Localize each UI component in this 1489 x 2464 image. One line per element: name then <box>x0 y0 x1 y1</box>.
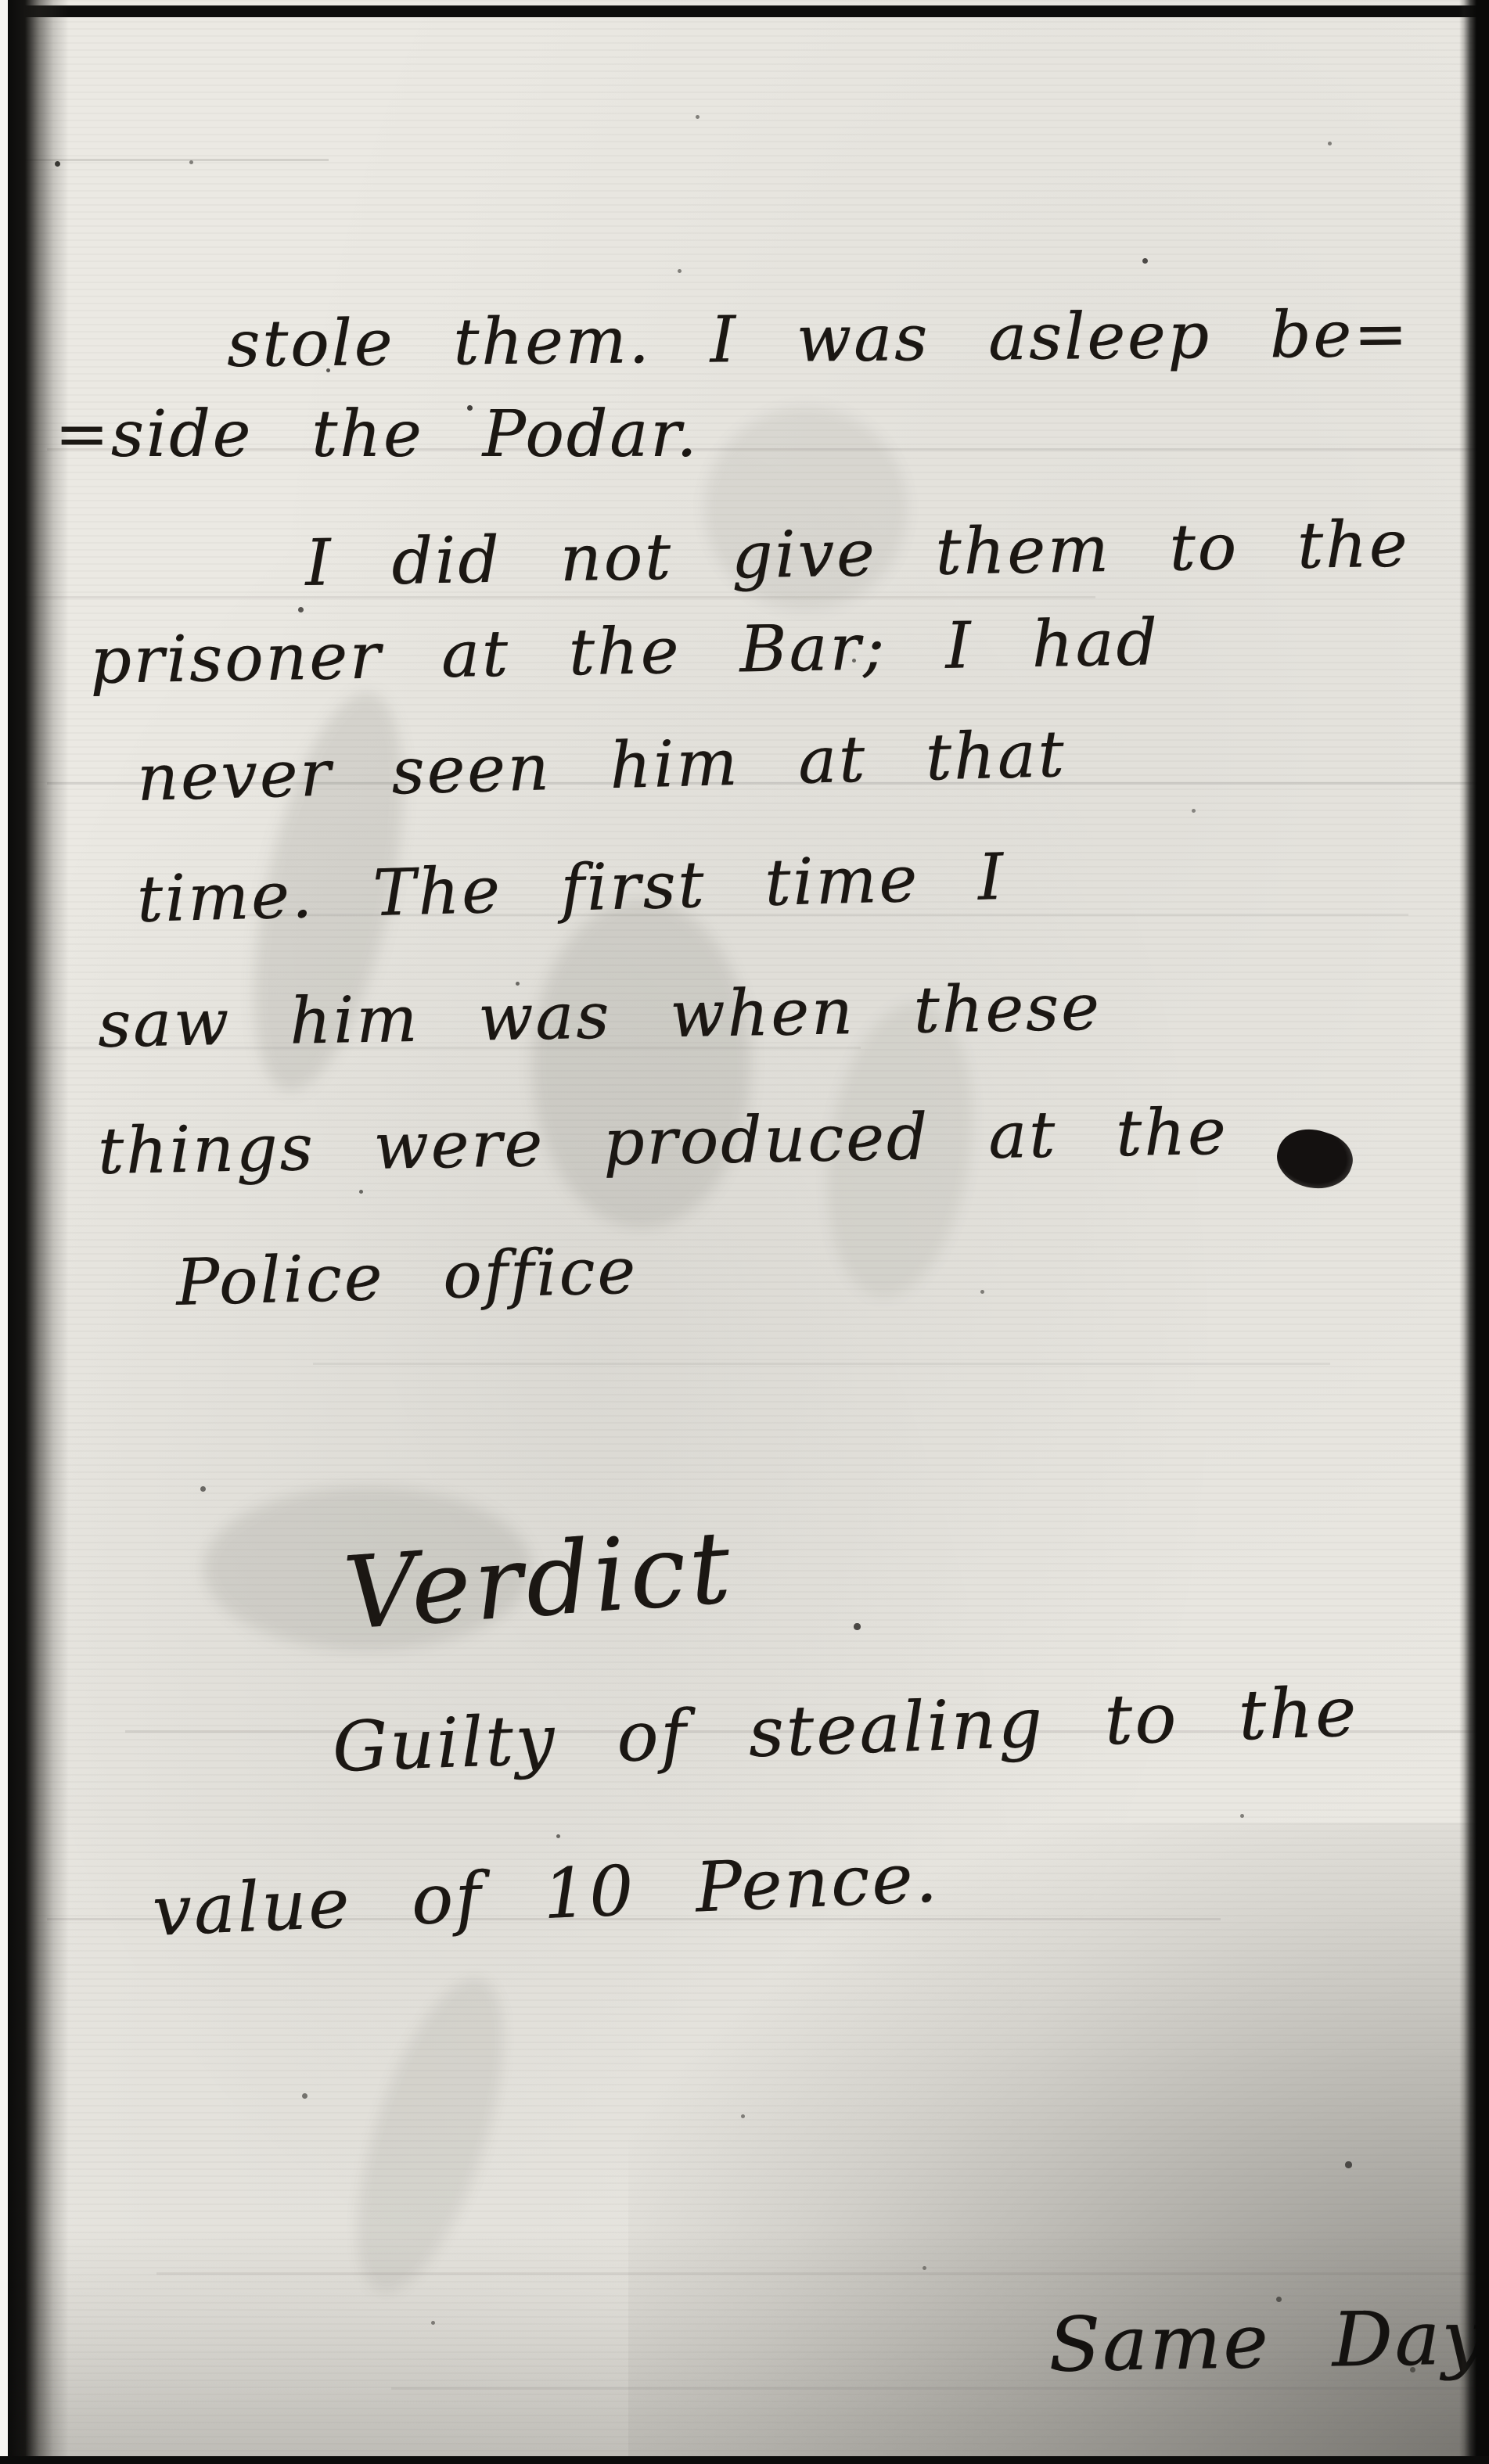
testimony-line: stole them. I was asleep be= <box>227 303 1410 377</box>
testimony-line: =side the Podar. <box>55 403 699 467</box>
testimony-line: prisoner at the Bar; I had <box>89 611 1160 694</box>
testimony-line: time. The first time I <box>136 846 1006 932</box>
testimony-line: I did not give them to the <box>304 512 1410 596</box>
verdict-line: Guilty of stealing to the <box>331 1677 1359 1782</box>
verdict-heading: Verdict <box>341 1518 737 1644</box>
testimony-line: Police office <box>175 1240 638 1316</box>
scan-edge-right <box>1459 0 1489 2464</box>
scan-edge-bottom <box>0 2456 1489 2464</box>
manuscript-page: stole them. I was asleep be= =side the P… <box>0 0 1489 2464</box>
scan-streak <box>313 1363 1330 1365</box>
ink-blot <box>1270 1120 1359 1198</box>
scan-edge-left <box>8 0 69 2464</box>
testimony-line: saw him was when these <box>97 976 1102 1058</box>
scan-edge-top <box>0 5 1489 17</box>
testimony-line: things were produced at the <box>97 1101 1228 1184</box>
same-day-note: Same Day <box>1048 2300 1487 2383</box>
testimony-line: never seen him at that <box>136 723 1067 811</box>
